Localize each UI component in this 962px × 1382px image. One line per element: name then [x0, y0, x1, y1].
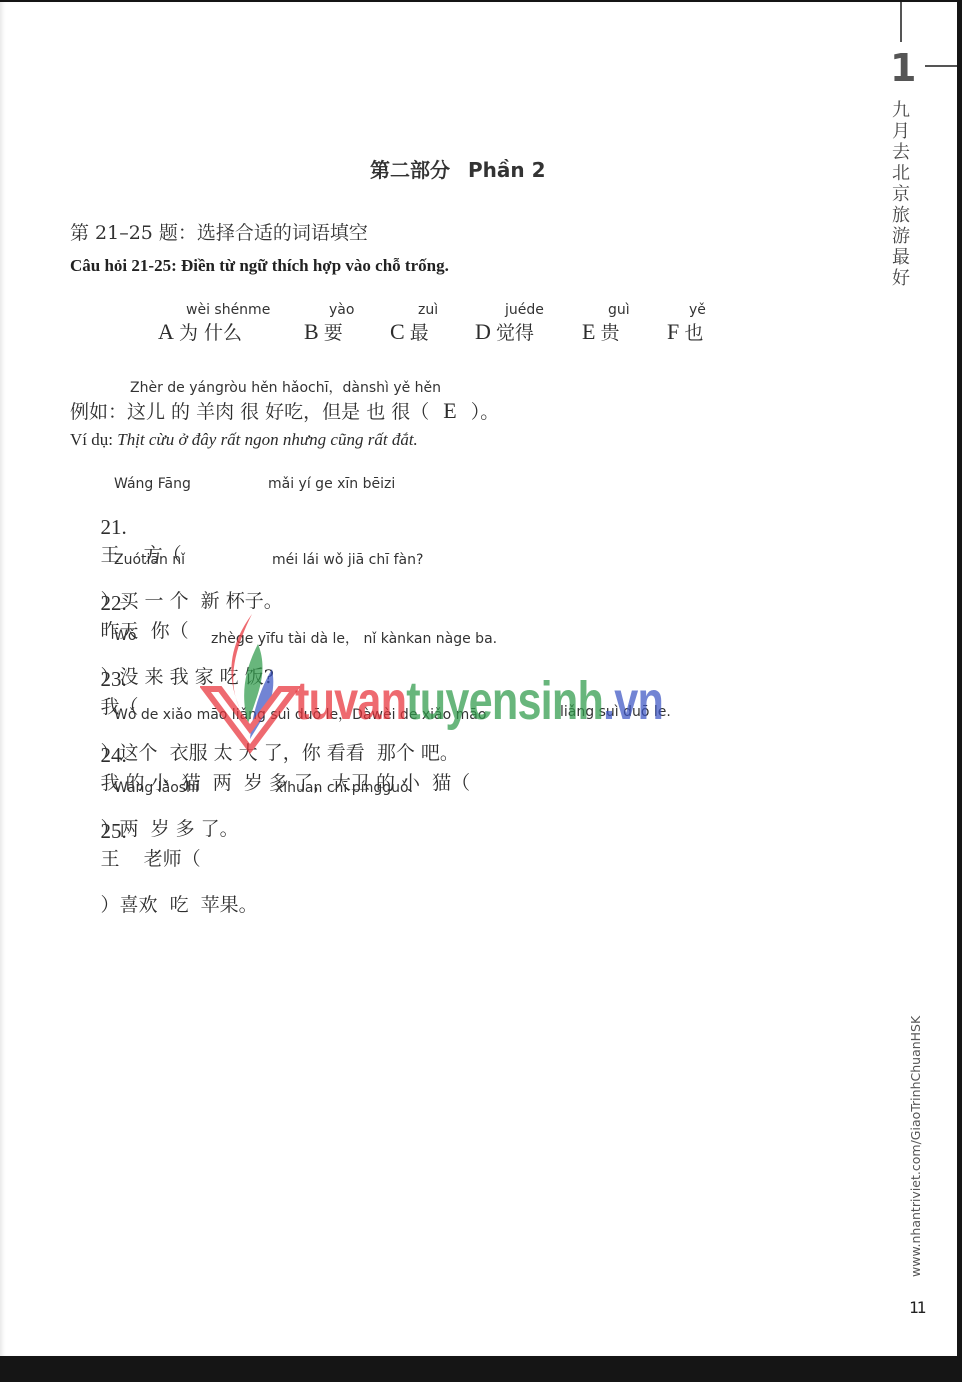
- question-pinyin-after: mǎi yí ge xīn bēizi: [268, 476, 395, 492]
- option-pinyin: wèi shénme: [186, 302, 270, 318]
- question-pinyin-after: méi lái wǒ jiā chī fàn?: [272, 552, 423, 568]
- option-pinyin: juéde: [505, 302, 544, 318]
- option-hanzi: 觉得: [496, 322, 534, 344]
- option-c: zuì C 最: [390, 302, 438, 345]
- example-label-cn: 例如：: [70, 401, 127, 423]
- example-answer: E: [443, 398, 456, 423]
- option-a: wèi shénme A 为 什么: [158, 302, 270, 345]
- question-pinyin-before: Wǒ: [114, 628, 136, 644]
- watermark-logo-icon: [200, 614, 300, 754]
- viewer-bottom-bar: [0, 1356, 962, 1382]
- example-hanzi-end: ）。: [471, 401, 500, 423]
- option-hanzi: 也: [684, 322, 703, 344]
- question-pinyin-after: xǐhuan chī píngguǒ.: [275, 780, 413, 796]
- chapter-tab-rule: [925, 65, 957, 67]
- option-hanzi: 贵: [601, 322, 620, 344]
- question-number: 21.: [101, 515, 127, 539]
- watermark-part-green: tuyensinh: [406, 671, 603, 731]
- option-hanzi: 要: [324, 322, 343, 344]
- option-e: guì E 贵: [582, 302, 630, 345]
- option-letter: C: [390, 319, 405, 344]
- watermark-part-blue: .vn: [603, 671, 663, 731]
- watermark-text: tuvantuyensinh.vn: [295, 670, 663, 732]
- option-letter: F: [667, 319, 679, 344]
- option-hanzi: 最: [410, 322, 429, 344]
- option-letter: D: [475, 319, 491, 344]
- question-number: 22.: [101, 591, 127, 615]
- question-pinyin-before: Wáng Fāng: [114, 476, 191, 492]
- option-pinyin: guì: [608, 302, 630, 318]
- publisher-url: www.nhantriviet.com/GiaoTrinhChuanHSK: [908, 1016, 923, 1277]
- instructions-vi: Câu hỏi 21-25: Điền từ ngữ thích hợp vào…: [70, 256, 449, 276]
- section-title-cn: 第二部分: [370, 158, 450, 182]
- example-translation: Ví dụ: Thịt cừu ở đây rất ngon nhưng cũn…: [70, 430, 418, 450]
- question-hanzi-after: ）喜欢 吃 苹果。: [101, 894, 258, 916]
- option-pinyin: zuì: [418, 302, 438, 318]
- option-d: juéde D 觉得: [475, 302, 544, 345]
- question-pinyin-before: Zuótiān nǐ: [114, 552, 185, 568]
- option-pinyin: yào: [329, 302, 354, 318]
- question-number: 25.: [101, 819, 127, 843]
- section-title: 第二部分Phần 2: [370, 154, 546, 183]
- example-pinyin: Zhèr de yángròu hěn hǎochī，dànshì yě hěn: [130, 377, 499, 397]
- question-hanzi-before: 王 老师（: [101, 848, 201, 870]
- example-hanzi: 这儿 的 羊肉 很 好吃，但是 也 很（: [127, 401, 429, 423]
- option-letter: E: [582, 319, 595, 344]
- example-translation-text: Thịt cừu ở đây rất ngon nhưng cũng rất đ…: [117, 430, 418, 449]
- section-title-vi: Phần 2: [468, 158, 546, 182]
- option-f: yě F 也: [667, 302, 706, 345]
- chapter-title-vertical: 九月去北京旅游最好: [890, 100, 912, 289]
- chapter-tab-divider: [900, 2, 902, 42]
- watermark-part-red: tuvan: [295, 671, 406, 731]
- example-sentence: Zhèr de yángròu hěn hǎochī，dànshì yě hěn…: [70, 377, 499, 424]
- option-hanzi: 为 什么: [179, 322, 242, 344]
- option-b: yào B 要: [304, 302, 354, 345]
- option-letter: B: [304, 319, 319, 344]
- page-number: 11: [909, 1298, 924, 1317]
- option-letter: A: [158, 319, 174, 344]
- question-number: 23.: [101, 667, 127, 691]
- question-number: 24.: [101, 743, 127, 767]
- instructions-cn: 第 21–25 题：选择合适的词语填空: [70, 218, 368, 245]
- book-page: 1 九月去北京旅游最好 第二部分Phần 2 第 21–25 题：选择合适的词语…: [0, 2, 957, 1356]
- chapter-number: 1: [890, 46, 916, 90]
- option-pinyin: yě: [689, 302, 706, 318]
- question-pinyin-before: Wáng lǎoshī: [114, 780, 199, 796]
- example-label-vi: Ví dụ:: [70, 430, 113, 449]
